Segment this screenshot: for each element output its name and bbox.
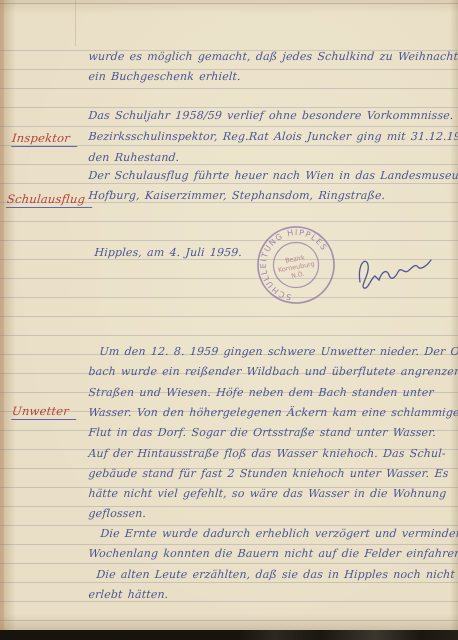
body-line: erlebt hätten.: [88, 588, 169, 601]
margin-note-schulausflug: Schulausflug: [6, 192, 94, 208]
date-line: Hipples, am 4. Juli 1959.: [94, 246, 243, 259]
body-line: Das Schuljahr 1958/59 verlief ohne beson…: [88, 109, 454, 122]
body-line: gebäude stand für fast 2 Stunden kniehoc…: [88, 467, 449, 480]
body-line: hätte nicht viel gefehlt, so wäre das Wa…: [88, 487, 447, 500]
body-line: Die Ernte wurde dadurch erheblich verzög…: [100, 527, 458, 540]
body-line: Wochenlang konnten die Bauern nicht auf …: [88, 547, 458, 560]
school-stamp: SCHULLEITUNG HIPPLES Bezirk Korneuburg N…: [232, 201, 359, 328]
body-line: wurde es möglich gemacht, daß jedes Schu…: [88, 50, 458, 63]
body-line: Bezirksschulinspektor, Reg.Rat Alois Jun…: [88, 130, 458, 143]
body-line: ein Buchgeschenk erhielt.: [88, 70, 241, 83]
body-line: Auf der Hintausstraße floß das Wasser kn…: [88, 447, 446, 460]
body-line: geflossen.: [88, 507, 147, 520]
body-line: Um den 12. 8. 1959 gingen schwere Unwett…: [99, 345, 458, 358]
body-line: Wasser. Von den höhergelegenen Äckern ka…: [88, 406, 458, 419]
body-line: Straßen und Wiesen. Höfe neben dem Bach …: [88, 386, 434, 399]
chronicle-scan-page: { "colors": { "paper": "#e9dfc6", "blue_…: [0, 0, 458, 640]
top-rule-line: [0, 3, 458, 4]
scan-bottom-edge: [0, 630, 458, 640]
body-line: Der Schulausflug führte heuer nach Wien …: [88, 169, 458, 182]
paper-crease: [75, 0, 76, 46]
margin-note-inspektor: Inspektor: [11, 131, 79, 147]
body-line: bach wurde ein reißender Wildbach und üb…: [88, 365, 458, 378]
body-line: Hofburg, Kaiserzimmer, Stephansdom, Ring…: [88, 189, 386, 202]
margin-note-unwetter: Unwetter: [11, 404, 78, 420]
body-line: den Ruhestand.: [88, 151, 180, 164]
body-line: Flut in das Dorf. Sogar die Ortsstraße s…: [88, 426, 436, 439]
body-line: Die alten Leute erzählten, daß sie das i…: [96, 568, 455, 581]
signature: [350, 250, 440, 292]
